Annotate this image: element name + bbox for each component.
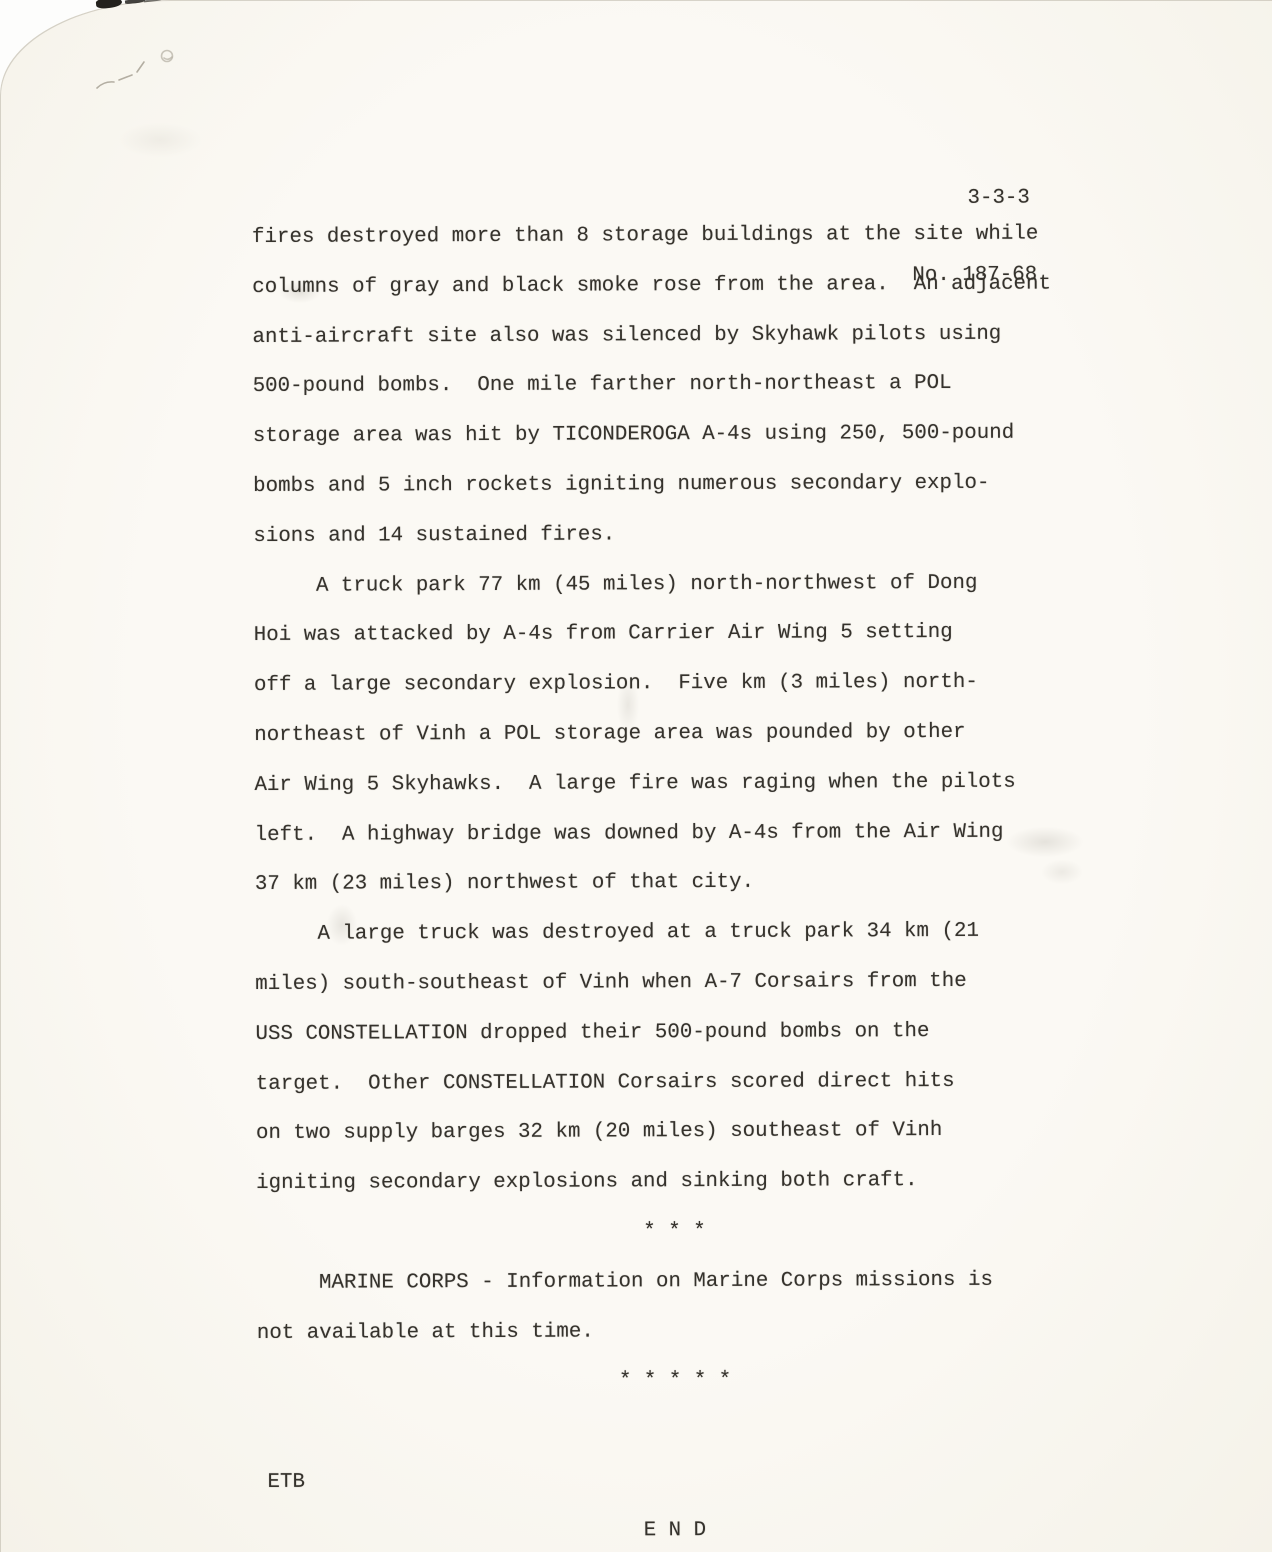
scanned-document: 3-3-3 No. 187-68 fires destroyed more th… — [0, 0, 1272, 1552]
typed-text-line: MARINE CORPS - Information on Marine Cor… — [256, 1255, 1076, 1308]
typed-text-line: anti-aircraft site also was silenced by … — [252, 309, 1072, 362]
typed-text-line: A large truck was destroyed at a truck p… — [255, 907, 1075, 960]
typed-text-line: sions and 14 sustained fires. — [253, 508, 1073, 561]
typed-text-line: columns of gray and black smoke rose fro… — [252, 259, 1072, 312]
typed-text-line: Air Wing 5 Skyhawks. A large fire was ra… — [254, 757, 1074, 810]
typed-text-line: miles) south-southeast of Vinh when A-7 … — [255, 956, 1075, 1009]
document-body: fires destroyed more than 8 storage buil… — [252, 209, 1077, 1408]
end-marker: E N D — [644, 1506, 707, 1552]
typed-text-line: * * * * * — [257, 1355, 1077, 1408]
typed-text-line: igniting secondary explosions and sinkin… — [256, 1156, 1076, 1209]
typed-text-line: 37 km (23 miles) northwest of that city. — [255, 857, 1075, 910]
typed-text-line: 500-pound bombs. One mile farther north-… — [253, 359, 1073, 412]
page-number: 3-3-3 — [895, 185, 1037, 211]
typed-text-line: target. Other CONSTELLATION Corsairs sco… — [256, 1056, 1076, 1109]
typed-text-line: on two supply barges 32 km (20 miles) so… — [256, 1106, 1076, 1159]
typist-initials: ETB — [267, 1458, 305, 1508]
typed-text-line: USS CONSTELLATION dropped their 500-poun… — [255, 1006, 1075, 1059]
typed-text-line: A truck park 77 km (45 miles) north-nort… — [253, 558, 1073, 611]
typed-text-line: off a large secondary explosion. Five km… — [254, 658, 1074, 711]
typed-text-line: bombs and 5 inch rockets igniting numero… — [253, 458, 1073, 511]
typed-text-line: fires destroyed more than 8 storage buil… — [252, 209, 1072, 262]
typed-text-line: storage area was hit by TICONDEROGA A-4s… — [253, 409, 1073, 462]
typed-text-line: not available at this time. — [257, 1305, 1077, 1358]
typed-text-line: * * * — [256, 1205, 1076, 1258]
typed-text-line: northeast of Vinh a POL storage area was… — [254, 707, 1074, 760]
document-footer: ETB E N D — [257, 1404, 1057, 1457]
typed-text-line: Hoi was attacked by A-4s from Carrier Ai… — [254, 608, 1074, 661]
typed-text-line: left. A highway bridge was downed by A-4… — [255, 807, 1075, 860]
